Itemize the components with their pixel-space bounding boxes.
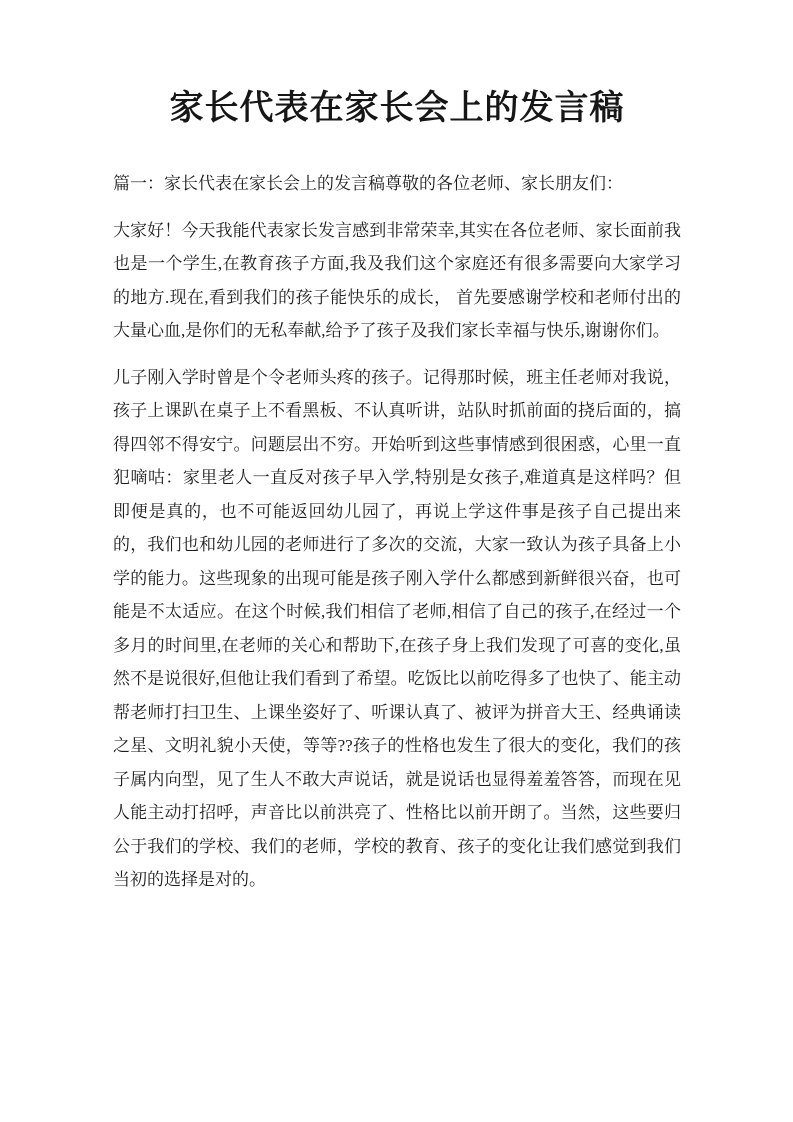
document-page: 家长代表在家长会上的发言稿 篇一：家长代表在家长会上的发言稿尊敬的各位老师、家长… — [0, 0, 793, 1122]
paragraph-greeting: 大家好！今天我能代表家长发言感到非常荣幸,其实在各位老师、家长面前我也是一个学生… — [113, 214, 681, 348]
paragraph-body: 儿子刚入学时曾是个令老师头疼的孩子。记得那时候，班主任老师对我说，孩子上课趴在桌… — [113, 361, 681, 897]
document-title: 家长代表在家长会上的发言稿 — [113, 86, 681, 132]
paragraph-section-heading: 篇一：家长代表在家长会上的发言稿尊敬的各位老师、家长朋友们： — [113, 167, 681, 201]
